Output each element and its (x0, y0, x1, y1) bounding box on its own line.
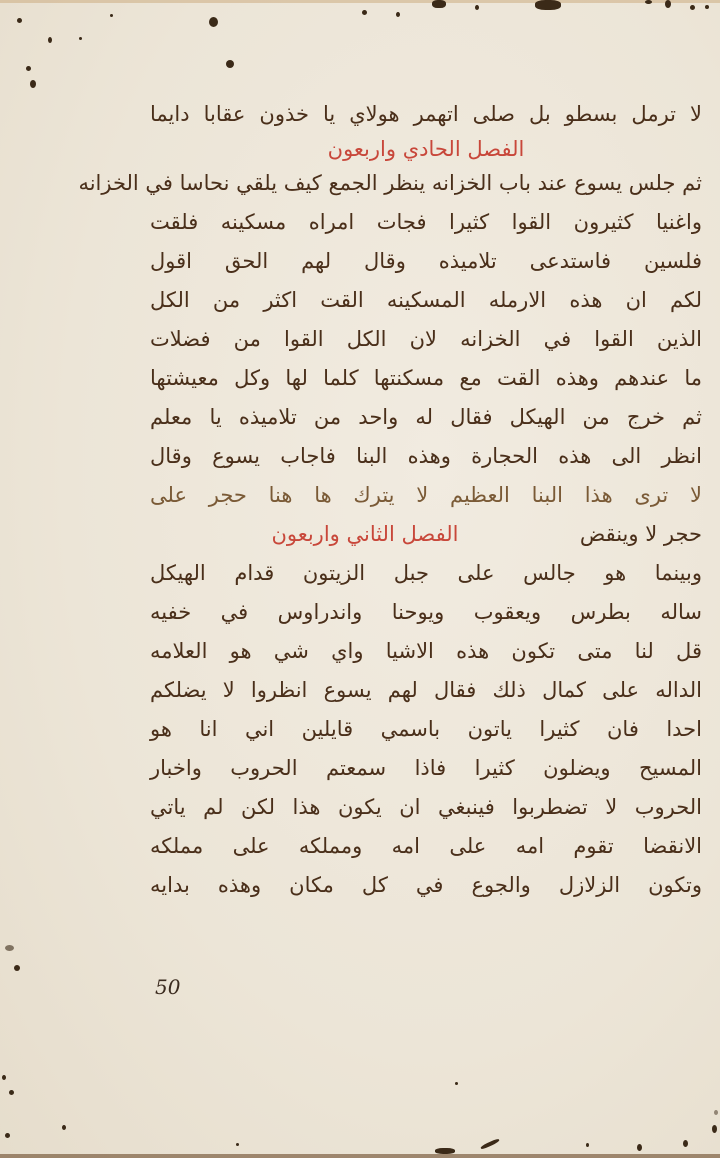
wormhole-spot (480, 1138, 500, 1150)
wormhole-spot (14, 965, 20, 971)
wormhole-spot (2, 1075, 6, 1080)
text-line: قل لنا متى تكون هذه الاشيا واي شي هو الع… (150, 632, 702, 671)
wormhole-spot (586, 1143, 589, 1147)
page-bottom-edge (0, 1154, 720, 1158)
text-line: انظر الى هذه الحجارة وهذه البنا فاجاب يس… (150, 437, 702, 476)
wormhole-spot (714, 1110, 718, 1115)
text-line-with-heading: حجر لا وينقض الفصل الثاني واربعون (150, 515, 702, 554)
wormhole-spot (535, 0, 561, 10)
folio-number: 50 (155, 975, 180, 999)
page-top-edge (0, 0, 720, 3)
wormhole-spot (236, 1143, 239, 1146)
wormhole-spot (475, 5, 479, 10)
wormhole-spot (48, 37, 52, 43)
text-line: ساله بطرس ويعقوب ويوحنا واندراوس في خفيه (150, 593, 702, 632)
text-line: الذين القوا في الخزانه لان الكل القوا من… (150, 320, 702, 359)
wormhole-spot (26, 66, 31, 71)
text-line: ثم خرج من الهيكل فقال له واحد من تلاميذه… (150, 398, 702, 437)
wormhole-spot (5, 1133, 10, 1138)
wormhole-spot (79, 37, 82, 40)
manuscript-page: لا ترمل بسطو بل صلى اتهمر هولاي يا خذون … (0, 0, 720, 1158)
text-line: ما عندهم وهذه القت مع مسكنتها كلما لها و… (150, 359, 702, 398)
wormhole-spot (637, 1144, 642, 1151)
wormhole-spot (712, 1125, 717, 1133)
manuscript-text-block: لا ترمل بسطو بل صلى اتهمر هولاي يا خذون … (150, 95, 702, 905)
text-line: لا ترمل بسطو بل صلى اتهمر هولاي يا خذون … (150, 95, 702, 134)
text-line: الحروب لا تضطربوا فينبغي ان يكون هذا لكن… (150, 788, 702, 827)
text-line: وبينما هو جالس على جبل الزيتون قدام الهي… (150, 554, 702, 593)
text-line: الانقضا تقوم امه على امه ومملكه على مملك… (150, 827, 702, 866)
text-line: واغنيا كثيرون القوا كثيرا فجات امراه مسك… (150, 203, 702, 242)
wormhole-spot (209, 17, 218, 27)
wormhole-spot (683, 1140, 688, 1147)
chapter-heading-41: الفصل الحادي واربعون (150, 134, 702, 164)
text-fragment: حجر لا وينقض (580, 515, 702, 554)
wormhole-spot (455, 1082, 458, 1085)
wormhole-spot (362, 10, 367, 15)
text-line: الداله على كمال ذلك فقال لهم يسوع انظروا… (150, 671, 702, 710)
wormhole-spot (17, 18, 22, 23)
wormhole-spot (110, 14, 113, 17)
wormhole-spot (645, 0, 652, 4)
wormhole-spot (690, 5, 695, 10)
text-line: وتكون الزلازل والجوع في كل مكان وهذه بدا… (150, 866, 702, 905)
text-line: فلسين فاستدعى تلاميذه وقال لهم الحق اقول (150, 242, 702, 281)
wormhole-spot (705, 5, 709, 9)
text-line: ثم جلس يسوع عند باب الخزانه ينظر الجمع ك… (150, 164, 702, 203)
wormhole-spot (665, 0, 671, 8)
wormhole-spot (9, 1090, 14, 1095)
wormhole-spot (30, 80, 36, 88)
wormhole-spot (5, 945, 14, 951)
wormhole-spot (226, 60, 234, 68)
text-line: لا ترى هذا البنا العظيم لا يترك ها هنا ح… (150, 476, 702, 515)
chapter-heading-42: الفصل الثاني واربعون (271, 515, 458, 554)
wormhole-spot (396, 12, 400, 17)
text-line: لكم ان هذه الارمله المسكينه القت اكثر من… (150, 281, 702, 320)
wormhole-spot (432, 0, 446, 8)
text-line: احدا فان كثيرا ياتون باسمي قايلين اني ان… (150, 710, 702, 749)
wormhole-spot (62, 1125, 66, 1130)
text-line: المسيح ويضلون كثيرا فاذا سمعتم الحروب وا… (150, 749, 702, 788)
